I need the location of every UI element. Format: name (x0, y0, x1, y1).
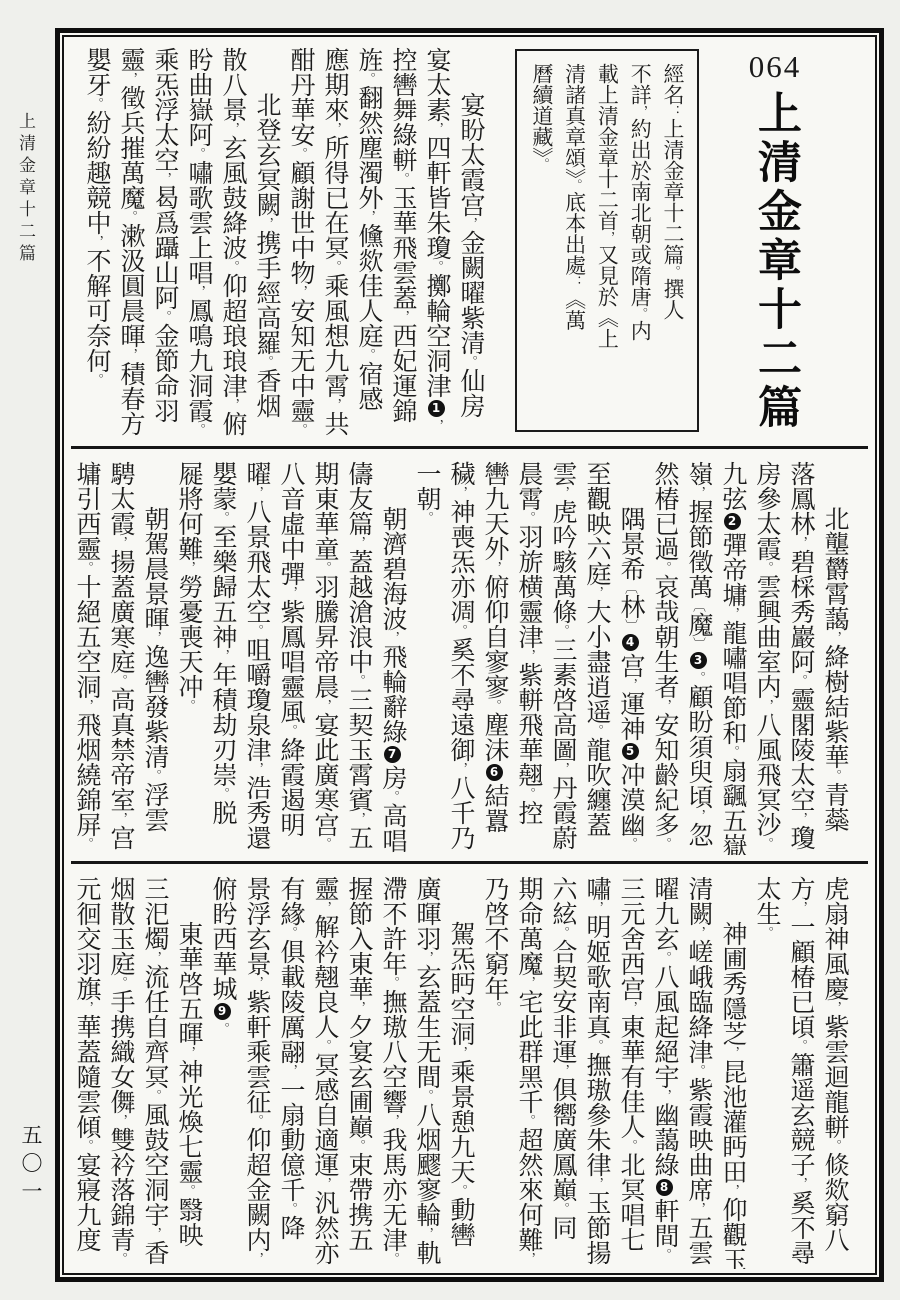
punctuation: 。 (725, 745, 740, 758)
punctuation: 。 (419, 1089, 434, 1102)
punctuation: 。 (827, 769, 842, 782)
footnote-marker: 5 (622, 743, 639, 760)
punctuation: ， (191, 285, 206, 298)
punctuation: ， (293, 285, 308, 298)
text-column: 靈，解衿翹良人。冥感自適運，汎然亦 (307, 876, 341, 1269)
folio-page-number: 五〇一 (16, 1124, 46, 1208)
punctuation: ， (147, 631, 162, 644)
punctuation: ， (793, 812, 808, 825)
punctuation: 。 (633, 307, 648, 320)
punctuation: 。 (666, 265, 681, 278)
punctuation: ， (317, 1177, 332, 1190)
text-column: 方，一顧椿已頃。簫遥玄競子，奚不尋 (783, 876, 817, 1269)
punctuation: 〔 (691, 599, 706, 612)
punctuation: 。 (793, 674, 808, 687)
punctuation: 。 (419, 511, 434, 524)
register-divider (71, 446, 868, 449)
footnote-marker: 9 (214, 1003, 231, 1020)
punctuation: 。 (691, 671, 706, 684)
punctuation: ， (453, 762, 468, 775)
text-column: 屣將何難，勞憂喪天冲。 (171, 461, 205, 854)
register-bottom: 虎扇神風慶，紫雲迴龍軿。倐欻窮八方，一顧椿已頃。簫遥玄競子，奚不尋太生。神圃秀隱… (70, 866, 869, 1273)
punctuation: 。 (215, 787, 230, 800)
punctuation: 。 (113, 1252, 128, 1265)
punctuation: ， (589, 1177, 604, 1190)
text-column: 晨霄。羽旂横靈津，紫軿飛華翹。控 (511, 461, 545, 854)
punctuation: ， (521, 649, 536, 662)
punctuation: 。 (283, 1202, 298, 1215)
punctuation: 。 (487, 699, 502, 712)
punctuation: 。 (317, 837, 332, 850)
text-column: 轡九天外，俯仰自寥寥。塵沫6結囂 (477, 461, 511, 854)
text-column: 神圃秀隱芝，昆池灌眄田，仰觀玉 (715, 876, 749, 1269)
punctuation: ， (453, 1046, 468, 1059)
punctuation: ， (123, 348, 138, 361)
punctuation: ， (317, 699, 332, 712)
punctuation: 。 (89, 373, 104, 386)
punctuation: ， (249, 1252, 264, 1265)
punctuation: 。 (79, 837, 94, 850)
punctuation: ， (249, 976, 264, 989)
punctuation: ， (429, 419, 444, 432)
punctuation: ： (666, 105, 681, 118)
text-column: 載上清金章十二首，又見於《上 (591, 63, 624, 349)
punctuation: ： (568, 276, 583, 289)
punctuation: 。 (283, 926, 298, 939)
title-block: 064 上清金章十二篇 (719, 47, 831, 440)
text-column: 朝濟碧海波，飛輪辭綠7房。高唱 (375, 461, 409, 854)
punctuation: ， (327, 398, 342, 411)
punctuation: 。 (147, 769, 162, 782)
footnote-marker: 6 (486, 764, 503, 781)
punctuation: ， (113, 536, 128, 549)
punctuation: ， (555, 1064, 570, 1077)
punctuation: ， (249, 486, 264, 499)
punctuation: 。 (793, 1039, 808, 1052)
punctuation: 。 (317, 561, 332, 574)
text-column: 靈，徵兵摧萬魔。漱汲圓晨暉，積春方 (113, 47, 147, 440)
punctuation: ， (691, 809, 706, 822)
punctuation: 。 (463, 355, 478, 368)
folio-number: 064 (749, 49, 802, 85)
text-column: 房參太霞。雲興曲室内，八風飛冥沙。 (749, 461, 783, 854)
text-column: 景浮玄景，紫軒乘雲征。仰超金闕内， (239, 876, 273, 1269)
punctuation: ， (793, 536, 808, 549)
punctuation: 〕 (691, 637, 706, 650)
register-divider (71, 861, 868, 864)
punctuation: 。 (283, 724, 298, 737)
punctuation: ， (725, 1184, 740, 1197)
punctuation: 。 (589, 724, 604, 737)
text-column: 期東華童。羽騰昇帝晨，宴此廣寒宫。 (307, 461, 341, 854)
punctuation: ， (453, 486, 468, 499)
punctuation: 。 (827, 1139, 842, 1152)
scanned-page: 上清金章十二篇 五〇一 064 上清金章十二篇 經名：上清金章十二篇。撰人不詳，… (0, 0, 900, 1300)
text-column: 俯盻西華城9。 (205, 876, 239, 1269)
text-column: 駕炁眄空洞，乘景憩九天。動轡 (443, 876, 477, 1269)
punctuation: ， (487, 561, 502, 574)
text-column: 廣暉羽，玄蓋生无間。八烟飂寥輪，軌 (409, 876, 443, 1269)
punctuation: 。 (215, 511, 230, 524)
punctuation: ， (691, 926, 706, 939)
text-column: 落鳳林，碧棌秀巖阿。靈閣陵太空，瓊 (783, 461, 817, 854)
punctuation: 。 (568, 179, 583, 192)
text-column: 騁太霞，揚蓋廣寒庭。高真禁帝室，宫 (103, 461, 137, 854)
punctuation: 。 (147, 1089, 162, 1102)
text-column: 乘炁浮太空，曷爲躡山阿。金節命羽 (147, 47, 181, 440)
text-column: 宴太素，四軒皆朱瓊。擲輪空洞津1， (419, 47, 453, 440)
punctuation: ， (623, 1001, 638, 1014)
punctuation: ， (327, 122, 342, 135)
text-column: 嶺，握節徵萬〔魔〕3。顧盼須臾頃，忽 (681, 461, 715, 854)
text-column: 墉引西靈。十絕五空洞，飛烟繞錦屏。 (70, 461, 103, 854)
page-frame-inner: 064 上清金章十二篇 經名：上清金章十二篇。撰人不詳，約出於南北朝或隋唐。内載… (62, 35, 877, 1275)
text-column: 有緣。俱載陵厲翮，一扇動億千。降 (273, 876, 307, 1269)
punctuation: ， (463, 217, 478, 230)
punctuation: 。 (293, 423, 308, 436)
punctuation: ， (113, 1114, 128, 1127)
text-column: 三元舍西宫，東華有佳人。北冥唱七 (613, 876, 647, 1269)
punctuation: ， (385, 1114, 400, 1127)
text-column: 經名：上清金章十二篇。撰人 (656, 63, 689, 349)
punctuation: 〔 (623, 581, 638, 594)
text-column: 三汜燭，流任自齊冥。風鼓空洞宇，香 (137, 876, 171, 1269)
punctuation: 。 (429, 260, 444, 273)
page-frame: 064 上清金章十二篇 經名：上清金章十二篇。撰人不詳，約出於南北朝或隋唐。内載… (55, 28, 884, 1282)
punctuation: ， (633, 105, 648, 118)
punctuation: ， (793, 1177, 808, 1190)
punctuation: ， (521, 1252, 536, 1265)
punctuation: ， (395, 310, 410, 323)
punctuation: 。 (385, 1252, 400, 1265)
punctuation: ， (351, 812, 366, 825)
punctuation: ， (827, 631, 842, 644)
punctuation: ， (361, 210, 376, 223)
footnote-marker: 2 (724, 513, 741, 530)
punctuation: ， (589, 901, 604, 914)
punctuation: ， (657, 699, 672, 712)
punctuation: ， (351, 1001, 366, 1014)
text-column: 雲，虎吟駭萬條。三素啓高圖，丹霞蔚 (545, 461, 579, 854)
punctuation: 。 (487, 1001, 502, 1014)
punctuation: 。 (123, 210, 138, 223)
punctuation: 。 (79, 561, 94, 574)
text-column: 北壟欝霄藹，絳樹結紫華。青蘂 (817, 461, 851, 854)
punctuation: ， (147, 951, 162, 964)
text-column: 乃啓不窮年。 (477, 876, 511, 1269)
punctuation: 。 (361, 348, 376, 361)
text-column: 酣丹華安。顧謝世中物，安知无中靈。 (283, 47, 317, 440)
punctuation: 。 (759, 561, 774, 574)
text-column: 太生。 (749, 876, 783, 1269)
text-column: 烟散玉庭。手携織女儛，雙衿落錦青。 (103, 876, 137, 1269)
punctuation: ， (225, 398, 240, 411)
punctuation: 。 (657, 951, 672, 964)
punctuation: 。 (453, 624, 468, 637)
punctuation: ， (113, 812, 128, 825)
punctuation: ， (657, 1089, 672, 1102)
footnote-marker: 8 (656, 1179, 673, 1196)
punctuation: ， (225, 122, 240, 135)
punctuation: 〕 (623, 619, 638, 632)
punctuation: 。 (215, 1022, 230, 1035)
text-column: 曆續道藏》。 (525, 63, 558, 349)
punctuation: 。 (259, 355, 274, 368)
punctuation: 。 (157, 310, 172, 323)
punctuation: ， (215, 649, 230, 662)
punctuation: ， (419, 1227, 434, 1240)
punctuation: ， (555, 486, 570, 499)
punctuation: 。 (555, 1202, 570, 1215)
punctuation: ， (317, 901, 332, 914)
punctuation: ， (691, 1202, 706, 1215)
register-top: 064 上清金章十二篇 經名：上清金章十二篇。撰人不詳，約出於南北朝或隋唐。内載… (70, 37, 869, 444)
punctuation: ， (793, 901, 808, 914)
text-column: 儔友篇，蓋越滄浪中。三契玉霄賓，五 (341, 461, 375, 854)
text-column: 八音虛中彈，紫鳳唱靈風。絳霞遏明 (273, 461, 307, 854)
punctuation: 。 (555, 926, 570, 939)
punctuation: 。 (691, 1064, 706, 1077)
punctuation: 。 (293, 147, 308, 160)
punctuation: ， (691, 486, 706, 499)
text-column: 嬰牙。紛紛趣競中，不解可奈何。 (79, 47, 113, 440)
punctuation: 。 (657, 837, 672, 850)
footnote-marker: 3 (690, 652, 707, 669)
punctuation: ， (249, 762, 264, 775)
punctuation: 。 (759, 837, 774, 850)
text-column: 散八景，玄風鼓絳波。仰超琅琅津，俯 (215, 47, 249, 440)
text-column: 虎扇神風慶，紫雲迴龍軿。倐欻窮八 (817, 876, 851, 1269)
punctuation: ， (147, 1227, 162, 1240)
footnote-marker: 7 (384, 746, 401, 763)
punctuation: ， (259, 217, 274, 230)
punctuation: 。 (385, 976, 400, 989)
text-column: 穢，神喪炁亦凋。奚不尋遠御，八千乃 (443, 461, 477, 854)
punctuation: 。 (623, 1139, 638, 1152)
punctuation: ， (181, 561, 196, 574)
punctuation: ， (827, 1001, 842, 1014)
text-column: 嬰蒙。至樂歸五神，年積劫刃崇。脱 (205, 461, 239, 854)
punctuation: 。 (351, 1139, 366, 1152)
punctuation: 。 (317, 1039, 332, 1052)
punctuation: ， (351, 536, 366, 549)
text-column: 清闕，嵯峨臨絳津。紫霞映曲席，五雲 (681, 876, 715, 1269)
punctuation: ， (759, 699, 774, 712)
punctuation: 。 (191, 147, 206, 160)
punctuation: ， (600, 231, 615, 244)
punctuation: ， (79, 1001, 94, 1014)
page-title: 上清金章十二篇 (743, 90, 807, 433)
punctuation: 。 (191, 423, 206, 436)
punctuation: 。 (327, 260, 342, 273)
footnote-marker: 4 (622, 634, 639, 651)
punctuation: 。 (395, 172, 410, 185)
punctuation: ， (725, 1046, 740, 1059)
punctuation: 。 (385, 790, 400, 803)
punctuation: ， (385, 631, 400, 644)
punctuation: ， (283, 586, 298, 599)
punctuation: ， (555, 762, 570, 775)
punctuation: 。 (453, 1184, 468, 1197)
spine-running-title: 上清金章十二篇 (13, 112, 38, 266)
colophon-box: 經名：上清金章十二篇。撰人不詳，約出於南北朝或隋唐。内載上清金章十二首，又見於《… (515, 49, 699, 432)
text-column: 曜，八景飛太空。咀嚼瓊泉津，浩秀還 (239, 461, 273, 854)
punctuation: ， (419, 951, 434, 964)
text-column: 隅景希〔林〕4宫，運神5冲漠幽。 (613, 461, 647, 854)
punctuation: 。 (589, 1039, 604, 1052)
text-column: 清諸真章頌》。底本出處：《萬 (558, 63, 591, 349)
punctuation: ， (521, 976, 536, 989)
punctuation: ， (123, 72, 138, 85)
text-column: 一朝。 (409, 461, 443, 854)
punctuation: ， (429, 122, 444, 135)
punctuation: ， (725, 607, 740, 620)
punctuation: ， (157, 172, 172, 185)
punctuation: 。 (759, 926, 774, 939)
punctuation: 。 (521, 511, 536, 524)
punctuation: ， (89, 235, 104, 248)
punctuation: 。 (225, 260, 240, 273)
punctuation: ， (589, 586, 604, 599)
text-column: 盻曲嶽阿。嘯歌雲上唱，鳳鳴九洞霞。 (181, 47, 215, 440)
punctuation: ， (623, 678, 638, 691)
text-column: 北登玄冥闕，携手經高羅。香烟 (249, 47, 283, 440)
text-column: 握節入東華，夕宴玄圃巔。束帶携五 (341, 876, 375, 1269)
punctuation: 。 (113, 976, 128, 989)
punctuation: 。 (521, 1114, 536, 1127)
text-column: 不詳，約出於南北朝或隋唐。内 (623, 63, 656, 349)
punctuation: 。 (113, 674, 128, 687)
text-column: 六絃。合契安非運，俱嚮廣鳳巔。同 (545, 876, 579, 1269)
punctuation: 。 (181, 699, 196, 712)
punctuation: 。 (657, 561, 672, 574)
punctuation: 。 (361, 72, 376, 85)
punctuation: 。 (249, 624, 264, 637)
punctuation: ， (181, 1046, 196, 1059)
punctuation: 。 (623, 837, 638, 850)
text-column: 期命萬魔，宅此群黑千。超然來何難， (511, 876, 545, 1269)
text-column: 朝駕晨景暉，逸轡發紫清。浮雲 (137, 461, 171, 854)
text-column: 東華啓五暉，神光煥七靈。翳映 (171, 876, 205, 1269)
punctuation: 。 (535, 158, 550, 171)
text-column: 嘯，明姬歌南真。撫璈參朱律，玉節揚 (579, 876, 613, 1269)
text-columns-top: 宴盼太霞宫，金闕曜紫清。仙房宴太素，四軒皆朱瓊。擲輪空洞津1，控轡舞綠軿。玉華飛… (79, 47, 487, 440)
text-column: 曜九玄。八風起絕宇，幽藹綠8軒間。 (647, 876, 681, 1269)
punctuation: 。 (249, 1114, 264, 1127)
punctuation: 。 (89, 97, 104, 110)
text-column: 至觀映六庭，大小盡逍遥。龍吹纏蓋 (579, 461, 613, 854)
text-column: 元徊交羽旗，華蓋隨雲傾。宴寢九度 (70, 876, 103, 1269)
punctuation: 。 (555, 624, 570, 637)
text-column: 滯不許年。撫璈八空響，我馬亦无津。 (375, 876, 409, 1269)
text-column: 九弦2彈帝墉，龍嘯唱節和。扇颻五嶽 (715, 461, 749, 854)
punctuation: 。 (657, 1248, 672, 1261)
punctuation: 。 (351, 674, 366, 687)
text-column: 控轡舞綠軿。玉華飛雲蓋，西妃運錦 (385, 47, 419, 440)
text-column: 應期來，所得已在冥。乘風想九霄，共 (317, 47, 351, 440)
text-columns-middle: 北壟欝霄藹，絳樹結紫華。青蘂落鳳林，碧棌秀巖阿。靈閣陵太空，瓊房參太霞。雲興曲室… (70, 461, 851, 854)
text-columns-bottom: 虎扇神風慶，紫雲迴龍軿。倐欻窮八方，一顧椿已頃。簫遥玄競子，奚不尋太生。神圃秀隱… (70, 876, 851, 1269)
register-middle: 北壟欝霄藹，絳樹結紫華。青蘂落鳳林，碧棌秀巖阿。靈閣陵太空，瓊房參太霞。雲興曲室… (70, 451, 869, 858)
punctuation: 。 (181, 1184, 196, 1197)
punctuation: 。 (521, 787, 536, 800)
text-column: 旌。翻然塵濁外，儵欻佳人庭。宿感 (351, 47, 385, 440)
text-column: 然椿已過。哀哉朝生者，安知齡紀多。 (647, 461, 681, 854)
text-column: 宴盼太霞宫，金闕曜紫清。仙房 (453, 47, 487, 440)
colophon-columns: 經名：上清金章十二篇。撰人不詳，約出於南北朝或隋唐。内載上清金章十二首，又見於《… (525, 63, 689, 349)
punctuation: 。 (79, 1139, 94, 1152)
punctuation: ， (283, 1064, 298, 1077)
footnote-marker: 1 (428, 400, 445, 417)
punctuation: ， (79, 699, 94, 712)
